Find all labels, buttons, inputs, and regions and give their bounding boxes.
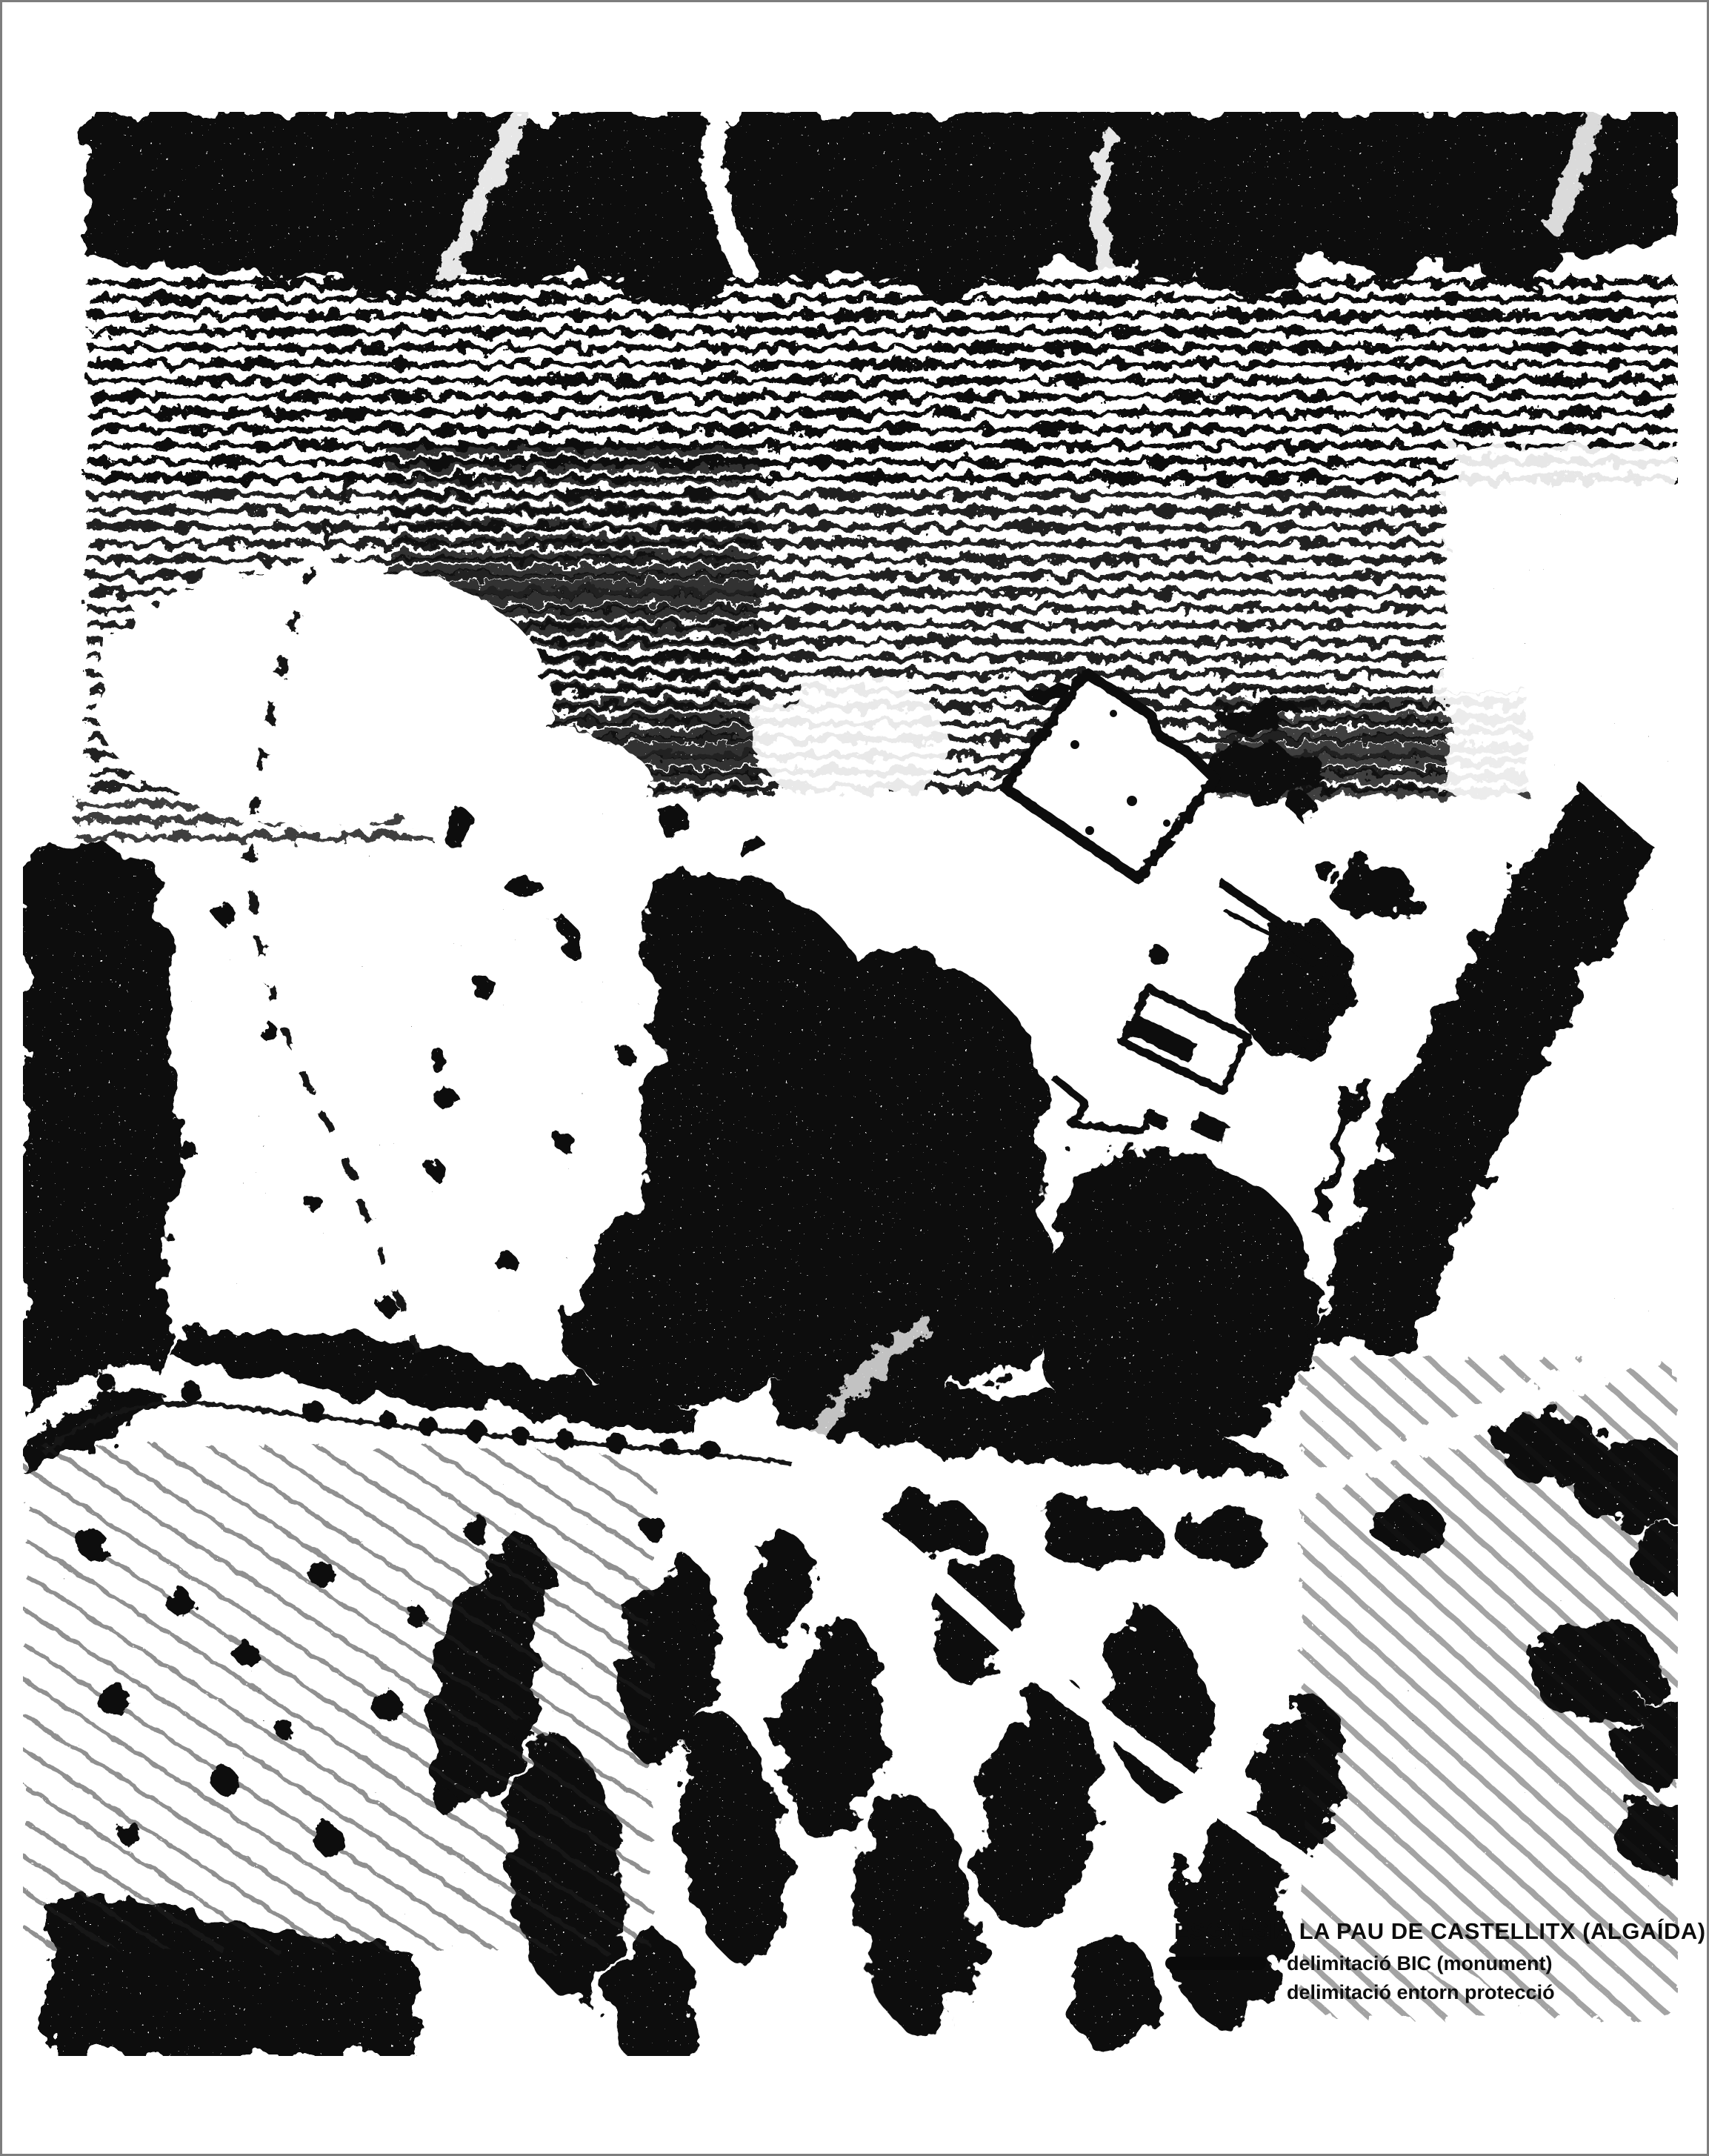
- bic-boundary-swatch: [1165, 1957, 1266, 1970]
- scanned-map-page: ESGLÉSIA LA PAU DE CASTELLITX (ALGAÍDA) …: [0, 0, 1709, 2156]
- aerial-photo: [2, 2, 1709, 2156]
- map-legend: ESGLÉSIA LA PAU DE CASTELLITX (ALGAÍDA) …: [1165, 1918, 1684, 2003]
- legend-item-label: delimitació BIC (monument): [1287, 1952, 1553, 1975]
- legend-item-label: delimitació entorn protecció: [1287, 1981, 1555, 2004]
- legend-title: ESGLÉSIA LA PAU DE CASTELLITX (ALGAÍDA): [1174, 1918, 1684, 1945]
- empty-swatch: [1165, 1986, 1266, 1999]
- halftone-holes: [23, 112, 1678, 2056]
- legend-item-bic: delimitació BIC (monument): [1165, 1953, 1684, 1974]
- legend-item-entorn: delimitació entorn protecció: [1165, 1982, 1684, 2003]
- aerial-photo-render: [2, 2, 1709, 2156]
